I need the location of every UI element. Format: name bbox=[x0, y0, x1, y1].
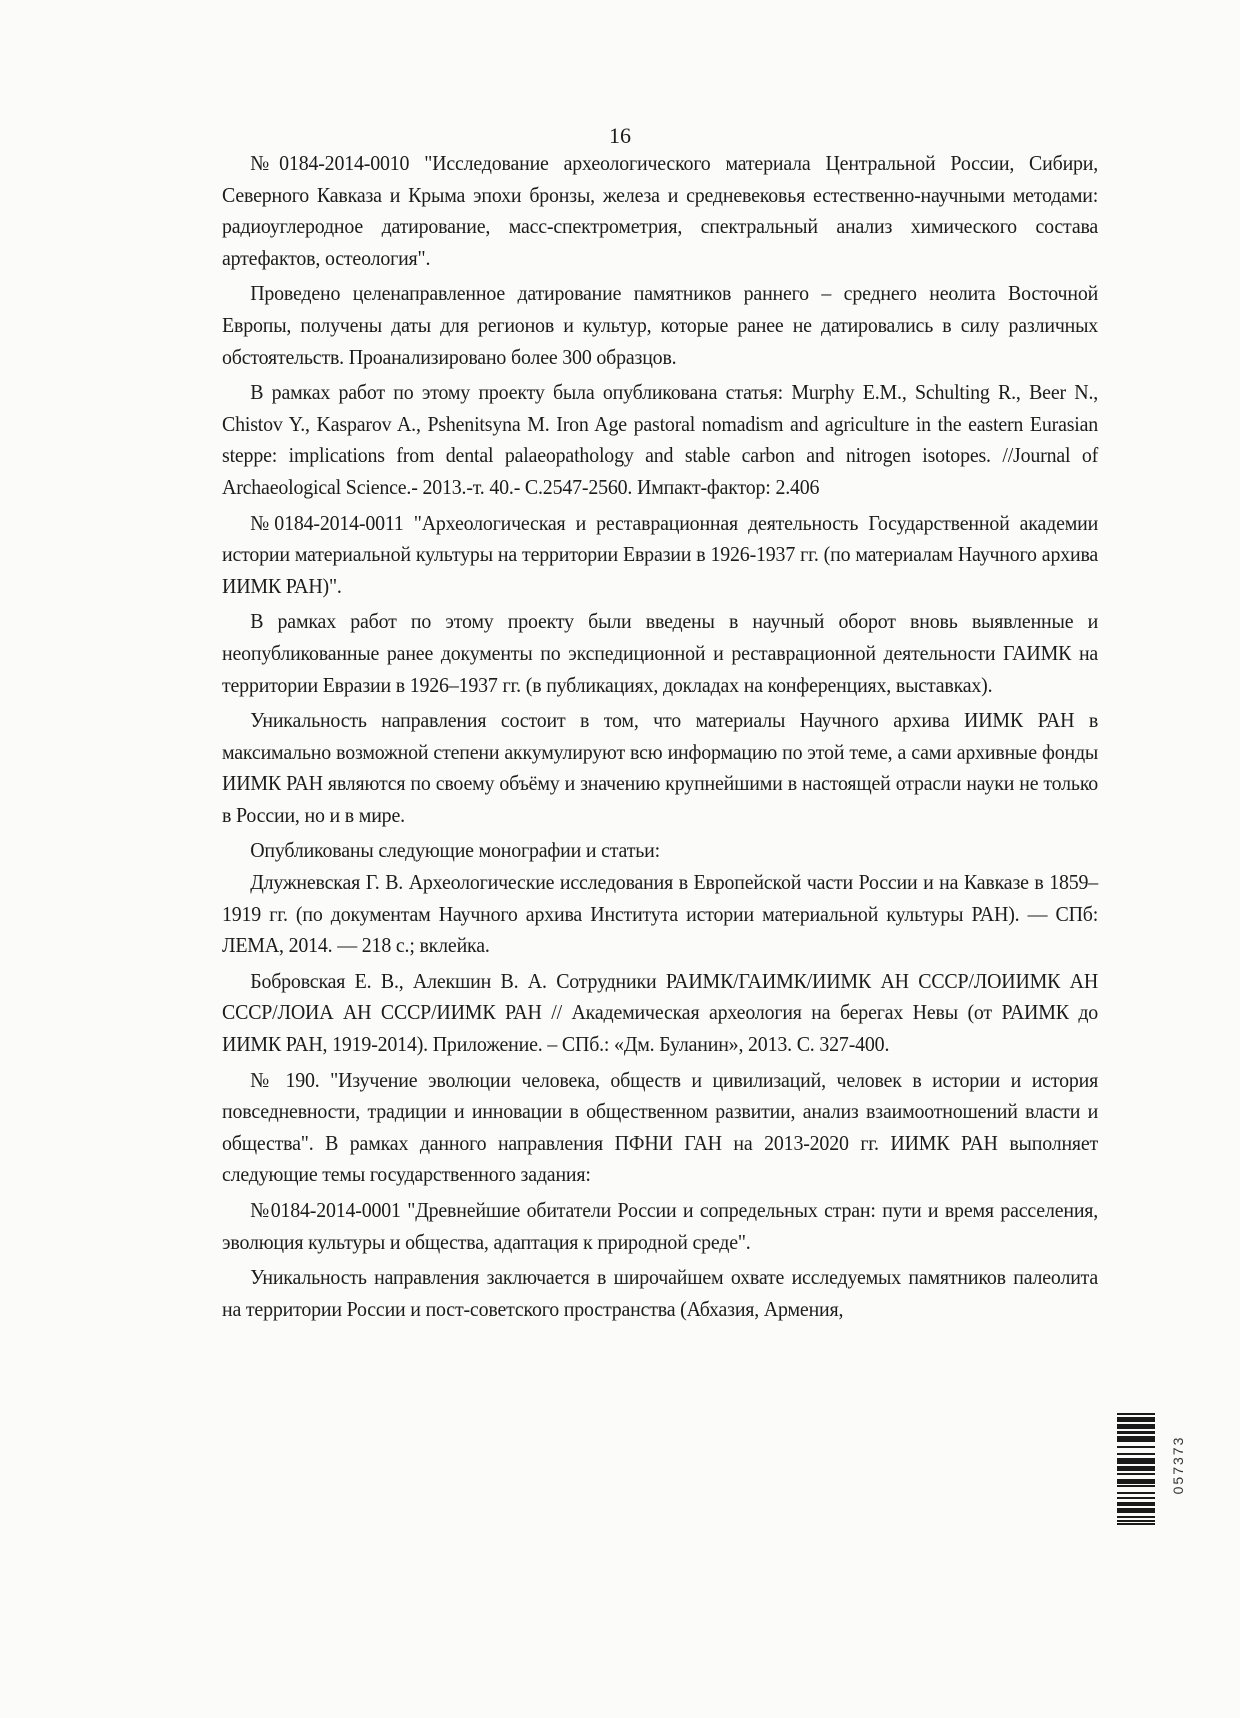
paragraph-reference-dluzhnevskaya: Длужневская Г. В. Археологические исслед… bbox=[222, 867, 1098, 962]
document-body: №0184-2014-0010 "Исследование археологич… bbox=[222, 148, 1098, 1329]
page-number: 16 bbox=[0, 124, 1240, 148]
paragraph-uniqueness-paleolithic: Уникальность направления заключается в ш… bbox=[222, 1262, 1098, 1325]
paragraph-neolithic-dating: Проведено целенаправленное датирование п… bbox=[222, 278, 1098, 373]
paragraph-project-0011: №0184-2014-0011 "Археологическая и реста… bbox=[222, 508, 1098, 603]
barcode-number: 057373 bbox=[1170, 1435, 1190, 1495]
paragraph-archive-documents: В рамках работ по этому проекту были вве… bbox=[222, 606, 1098, 701]
barcode bbox=[1117, 1413, 1155, 1525]
paragraph-direction-190: № 190. "Изучение эволюции человека, обще… bbox=[222, 1065, 1098, 1191]
paragraph-project-0001: №0184-2014-0001 "Древнейшие обитатели Ро… bbox=[222, 1195, 1098, 1258]
paragraph-uniqueness-archive: Уникальность направления состоит в том, … bbox=[222, 705, 1098, 831]
paragraph-reference-bobrovskaya: Бобровская Е. В., Алекшин В. А. Сотрудни… bbox=[222, 966, 1098, 1061]
paragraph-project-0010: №0184-2014-0010 "Исследование археологич… bbox=[222, 148, 1098, 274]
paragraph-article-murphy: В рамках работ по этому проекту была опу… bbox=[222, 377, 1098, 503]
paragraph-published-heading: Опубликованы следующие монографии и стат… bbox=[222, 835, 1098, 867]
